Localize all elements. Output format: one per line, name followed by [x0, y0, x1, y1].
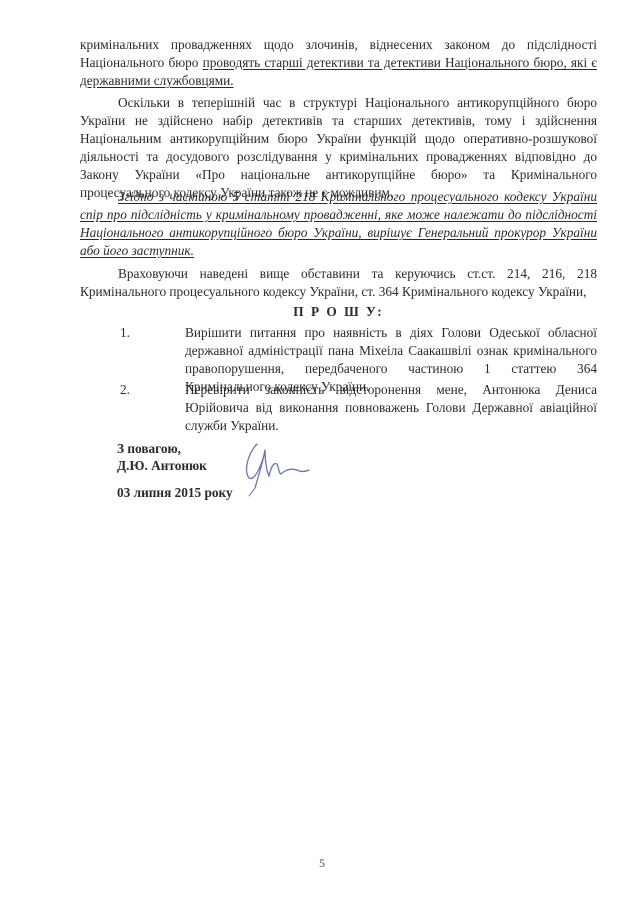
para1-line2: Національного бюро проводять старші дете… [80, 54, 597, 72]
para1-line3: державними службовцями. [80, 72, 597, 90]
paragraph-article-218: Згідно з частиною 5 статті 218 Криміналь… [80, 188, 597, 260]
request-text: Перевірити законність відсторонення мене… [185, 381, 597, 435]
closing-regards: З повагою, [117, 440, 181, 458]
handwritten-signature-icon [235, 432, 325, 507]
para1-underlined: проводять старші детективи та детективи … [203, 55, 597, 70]
request-number: 1. [120, 324, 130, 342]
document-page: кримінальних провадженнях щодо злочинів,… [0, 0, 640, 905]
paragraph-grounds: Враховуючи наведені вище обставини та ке… [80, 265, 597, 301]
paragraph-continuation: кримінальних провадженнях щодо злочинів,… [80, 36, 597, 90]
para1-plain: Національного бюро [80, 55, 203, 70]
request-item-2: 2. Перевірити законність відсторонення м… [80, 381, 597, 435]
page-number: 5 [319, 856, 325, 871]
paragraph-nabu-status: Оскільки в теперішній час в структурі На… [80, 94, 597, 202]
request-number: 2. [120, 381, 130, 399]
para1-line1: кримінальних провадженнях щодо злочинів,… [80, 36, 597, 54]
para4-text: Враховуючи наведені вище обставини та ке… [80, 265, 597, 301]
para2-text: Оскільки в теперішній час в структурі На… [80, 94, 597, 202]
closing-name: Д.Ю. Антонюк [117, 457, 207, 475]
para3-text: Згідно з частиною 5 статті 218 Криміналь… [80, 188, 597, 260]
closing-date: 03 липня 2015 року [117, 484, 233, 502]
request-heading: П Р О Ш У: [80, 303, 597, 321]
